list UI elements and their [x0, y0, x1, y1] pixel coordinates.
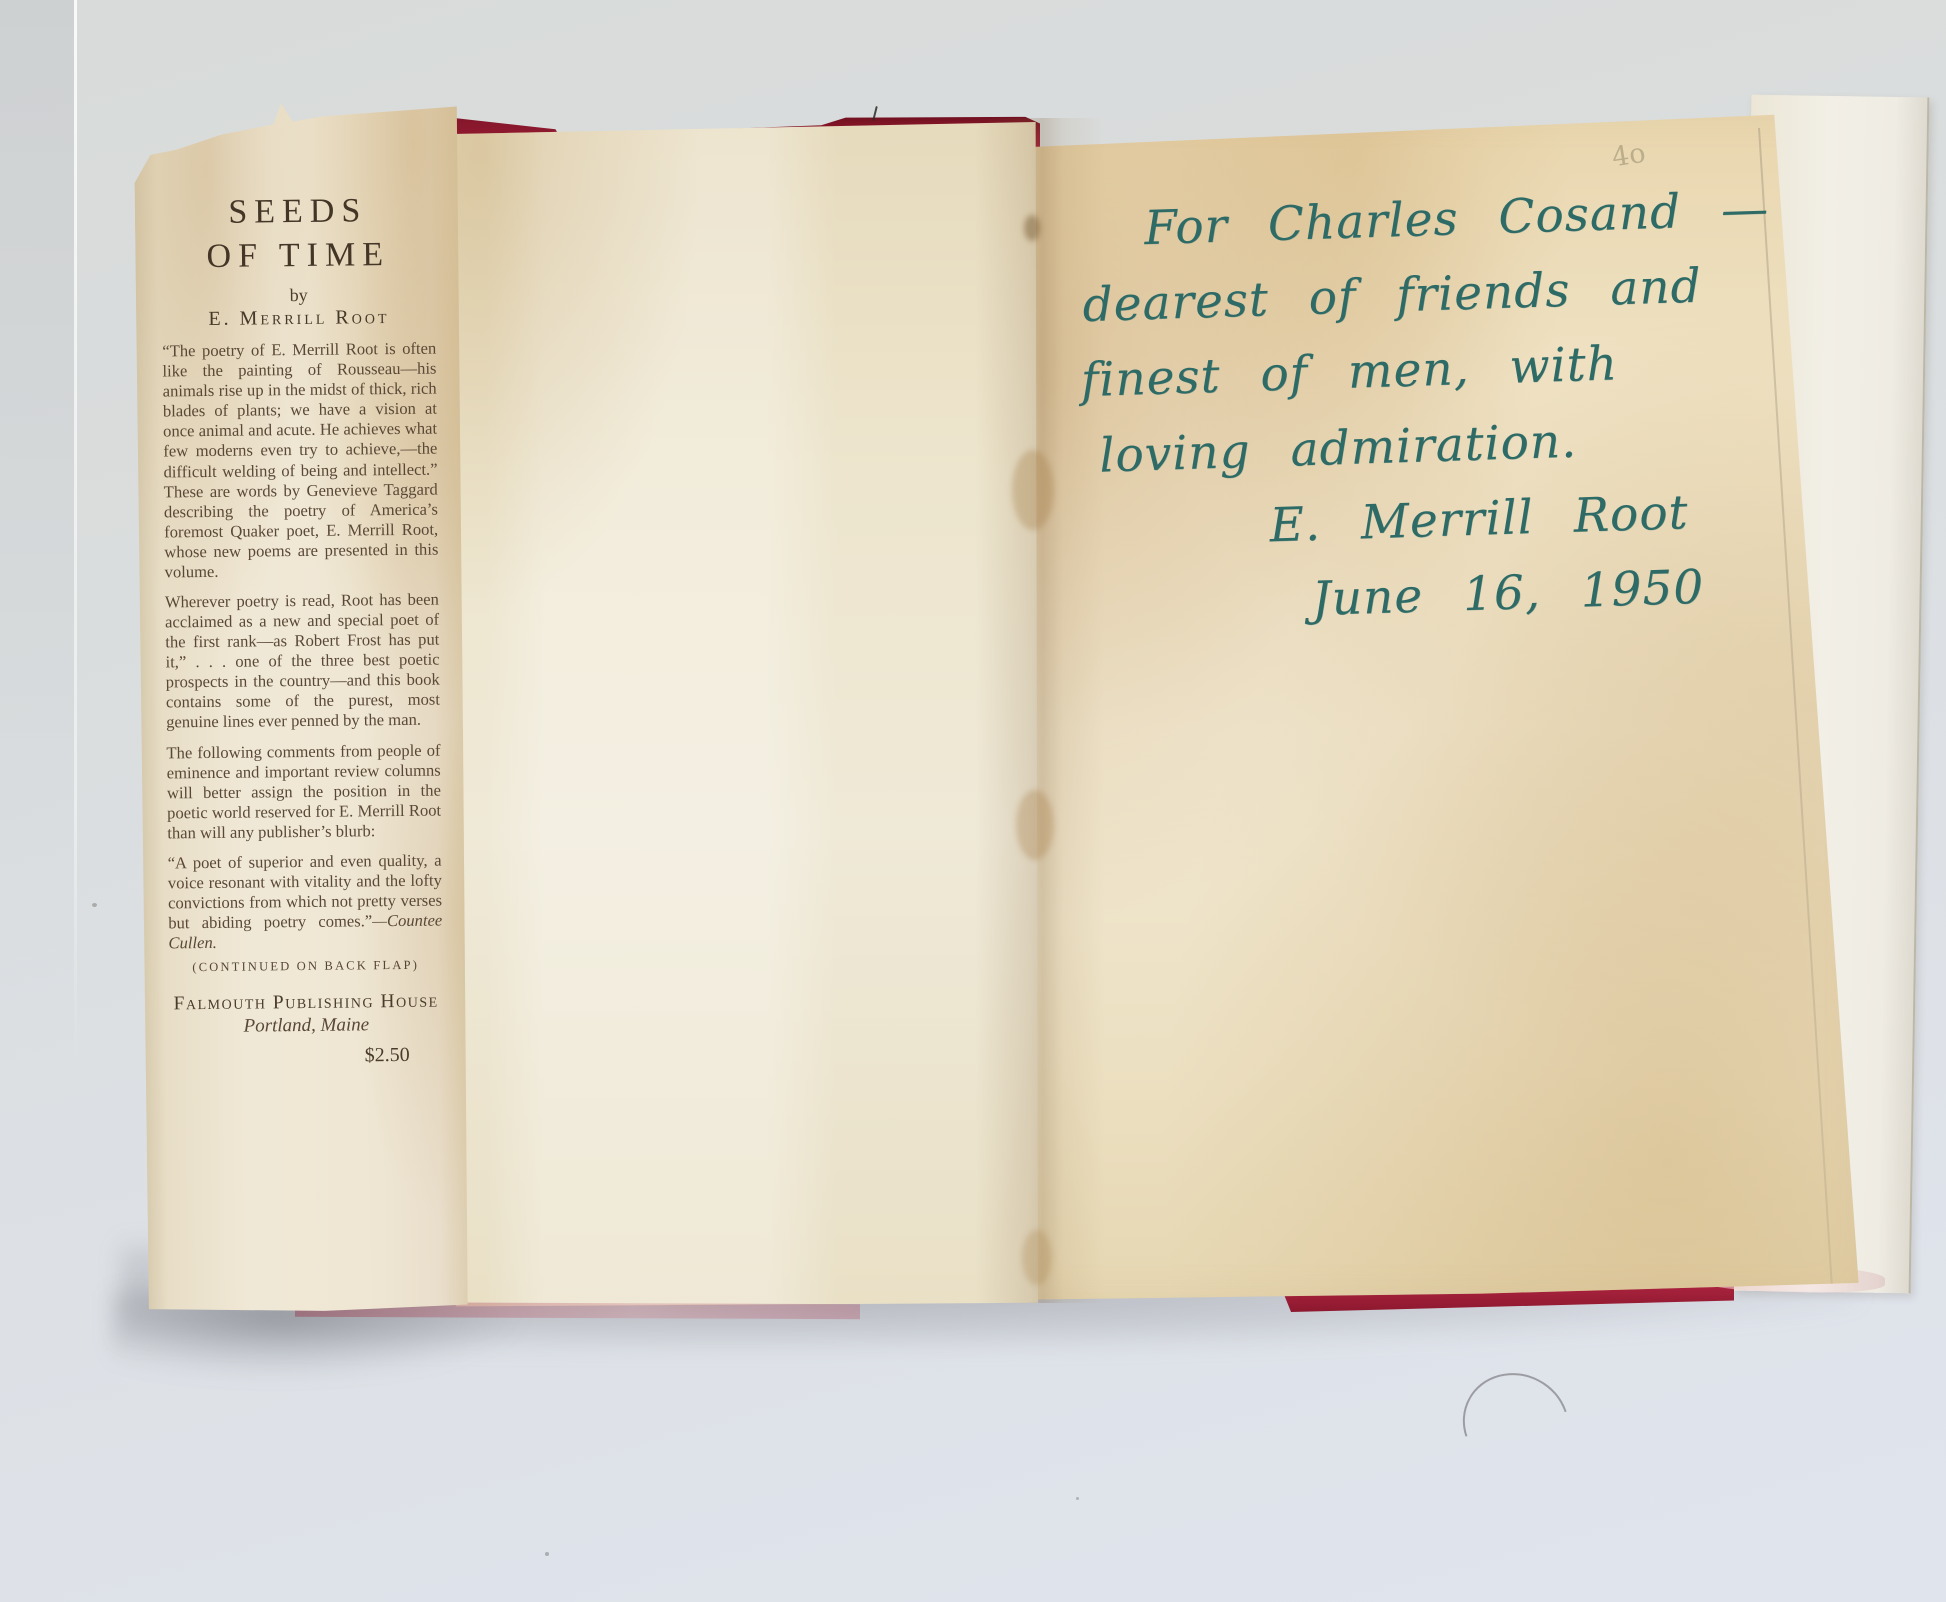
photo-backdrop: SEEDS OF TIME by E. Merrill Root “The po… [0, 0, 1946, 1602]
continued-note: (CONTINUED ON BACK FLAP) [169, 958, 443, 976]
book-title: SEEDS OF TIME [161, 189, 436, 279]
flap-quote-paragraph: “A poet of superior and even quality, a … [168, 850, 443, 953]
publisher-name: Falmouth Publishing House [169, 991, 443, 1016]
handwritten-inscription: For Charles Cosand — dearest of friends … [1051, 170, 1825, 645]
book-title-line2: OF TIME [161, 232, 435, 278]
stray-hair [1445, 1355, 1587, 1494]
flap-paragraph-3: The following comments from people of em… [166, 740, 441, 843]
flap-text-block: SEEDS OF TIME by E. Merrill Root “The po… [161, 189, 444, 1070]
dust-speck [545, 1552, 549, 1556]
foxing-stain [1022, 1230, 1052, 1285]
author-name: E. Merrill Root [162, 306, 436, 332]
byline-label: by [162, 284, 436, 308]
book-title-line1: SEEDS [161, 189, 435, 235]
backdrop-panel-edge [0, 0, 76, 1090]
price-label: $2.50 [170, 1044, 444, 1070]
flap-paragraph-2: Wherever poetry is read, Root has been a… [165, 590, 440, 733]
flap-paragraph-1: “The poetry of E. Merrill Root is often … [162, 339, 439, 583]
dust-speck [1076, 1497, 1079, 1500]
jacket-front-flap: SEEDS OF TIME by E. Merrill Root “The po… [134, 94, 471, 1317]
publisher-city: Portland, Maine [169, 1014, 443, 1039]
foxing-stain [1016, 790, 1054, 860]
endpaper-page [450, 110, 1038, 1310]
foxing-stain [1024, 215, 1040, 241]
inscription-date: June 16, 1950 [1311, 546, 1825, 637]
backdrop-seam-line [74, 0, 77, 1070]
dust-speck [92, 903, 97, 907]
pencil-mark: 4o [1610, 138, 1648, 174]
foxing-stain [1012, 450, 1054, 530]
